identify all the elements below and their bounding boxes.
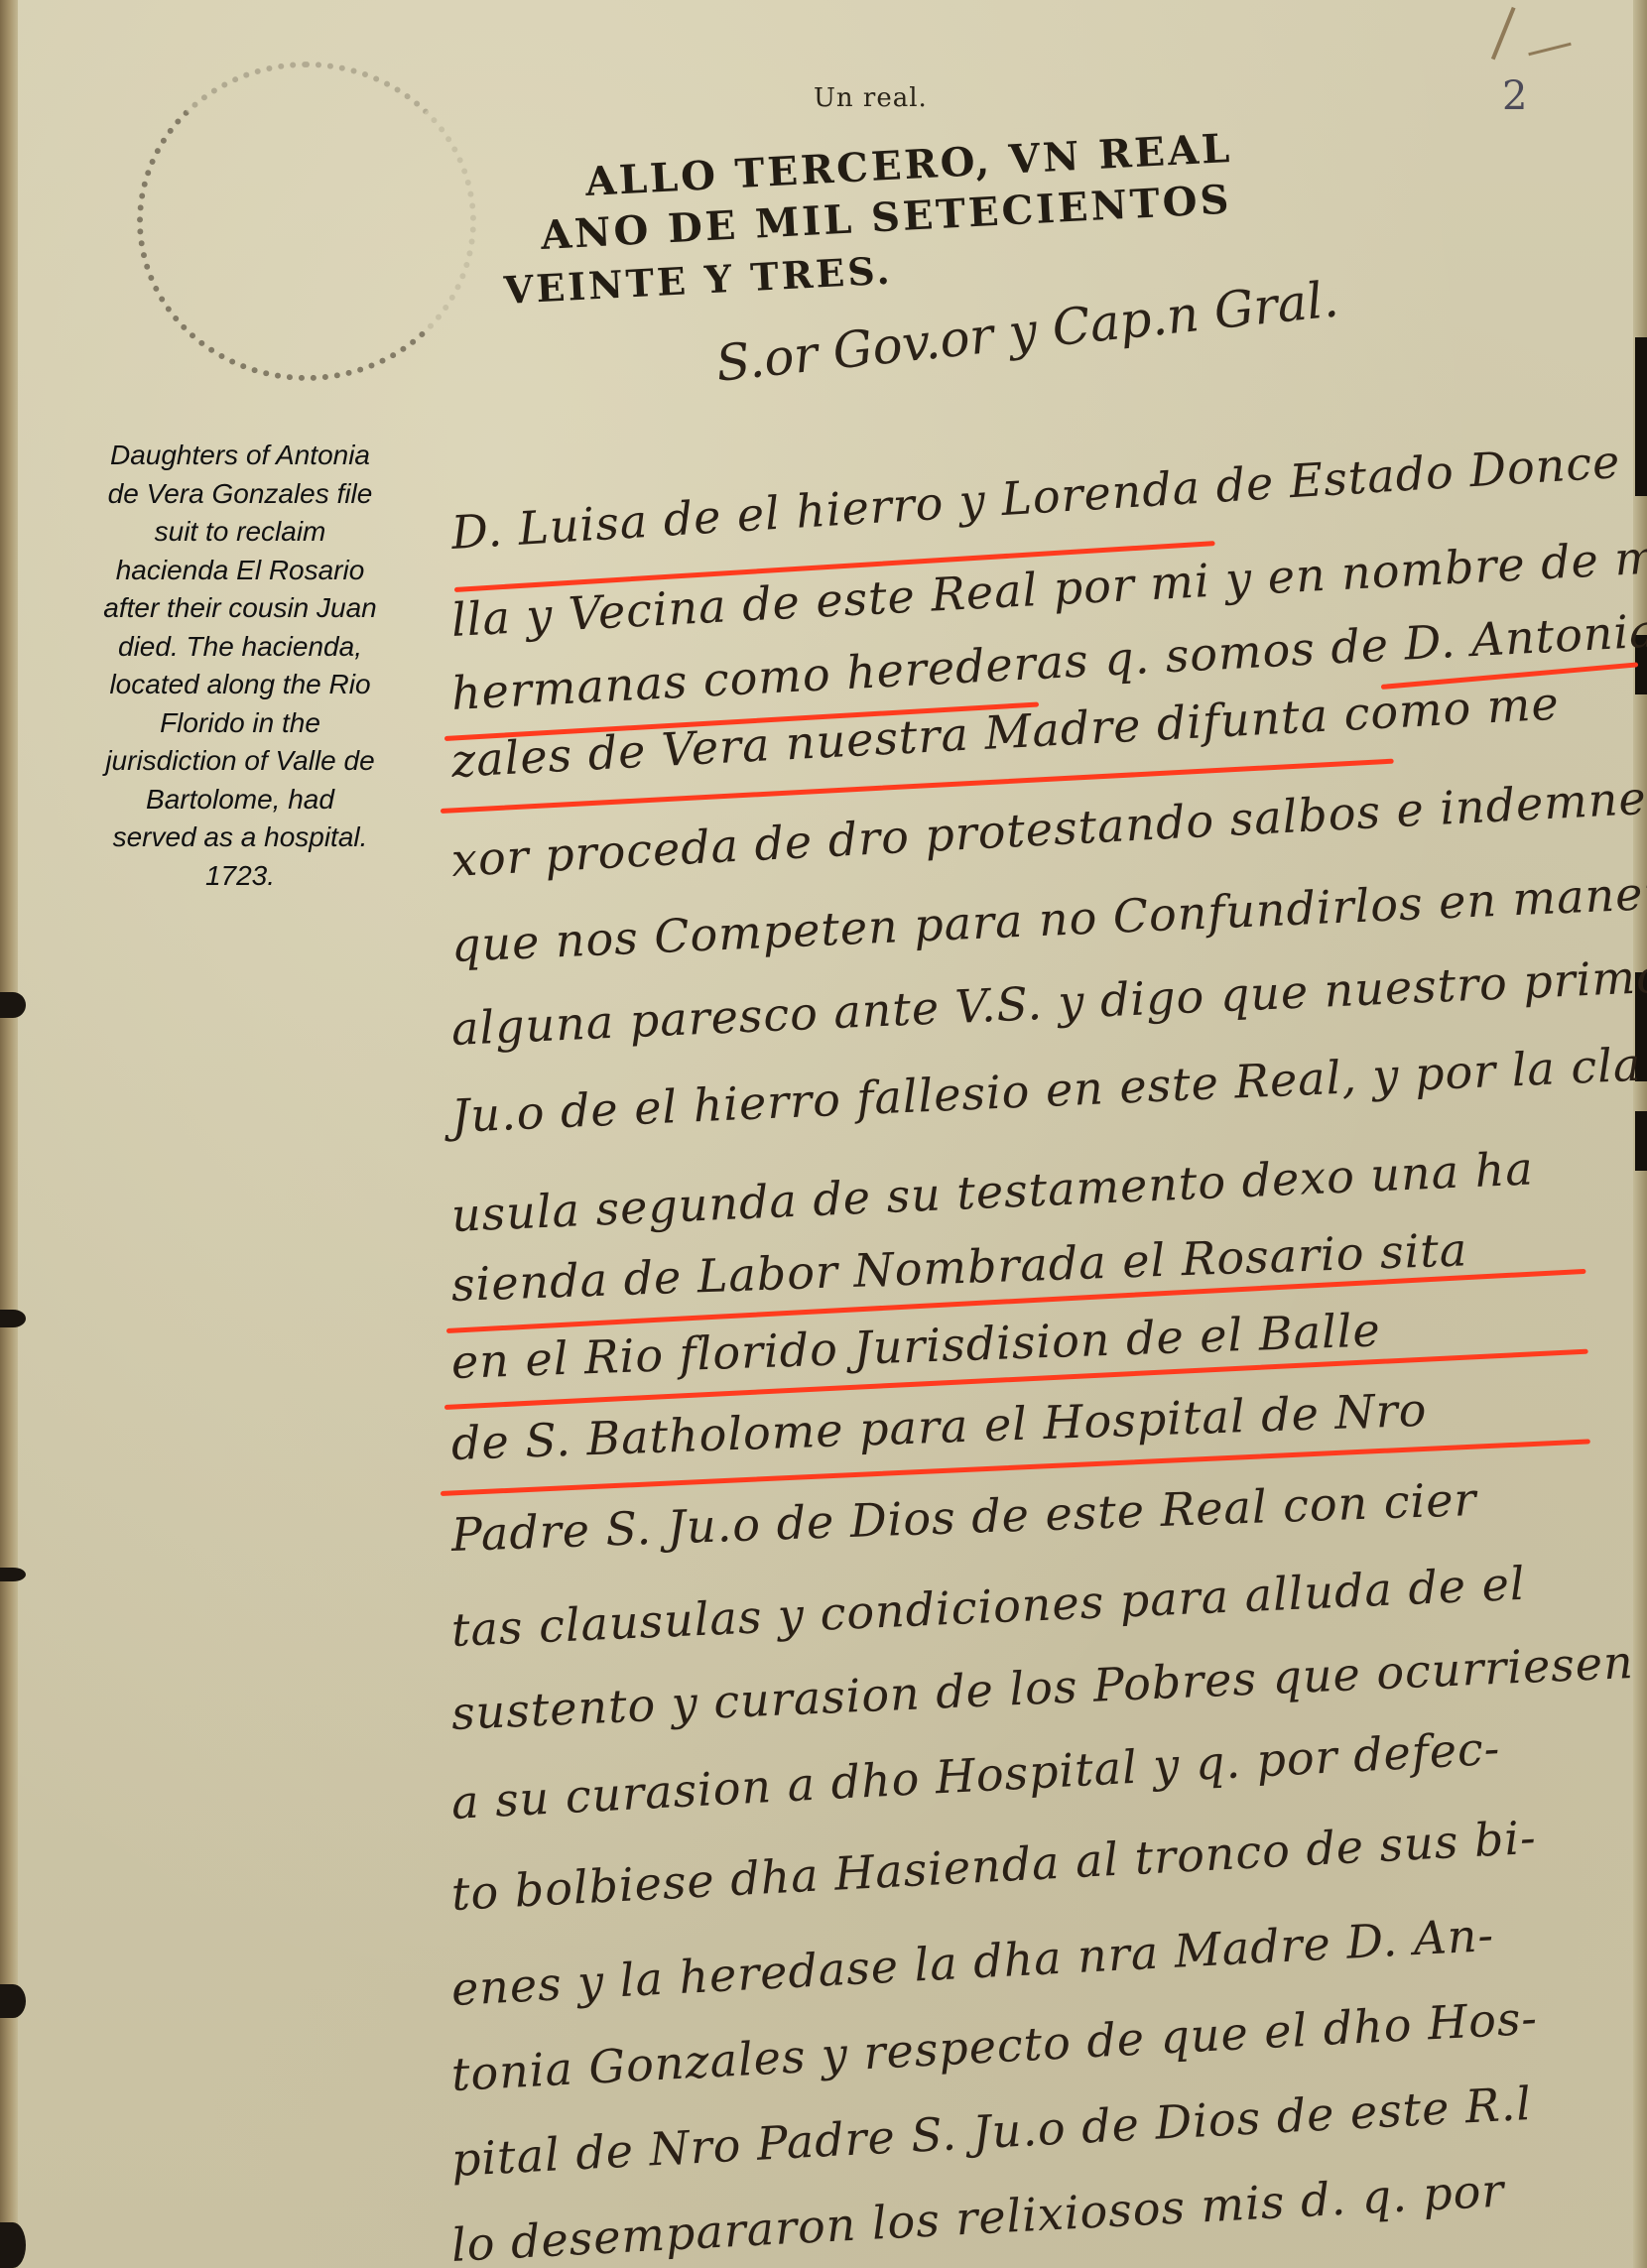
page-tear [0,2222,26,2268]
stamp-value: Un real. [814,83,928,113]
handwritten-line: Ju.o de el hierro fallesio en este Real,… [450,1038,1632,1143]
page-tear [0,1568,26,1581]
handwritten-line: to bolbiese dha Hasienda al tronco de su… [450,1806,1632,1921]
handwritten-line: de S. Batholome para el Hospital de Nro [450,1375,1632,1469]
caption-line: 1723. [71,857,409,896]
caption-line: jurisdiction of Valle de [71,742,409,781]
binding-edge [0,0,18,2268]
handwritten-line: alguna paresco ante V.S. y digo que nues… [450,950,1632,1056]
page-tear [0,992,26,1018]
manuscript-page: Un real. ALLO TERCERO, VN REAL ANO DE MI… [0,0,1647,2268]
caption-line: died. The hacienda, [71,628,409,667]
caption-line: served as a hospital. [71,819,409,857]
embossed-seal [137,62,476,381]
page-damage [1635,337,1647,496]
caption-annotation: Daughters of Antonia de Vera Gonzales fi… [71,437,409,895]
page-tear [0,1310,26,1327]
caption-line: hacienda El Rosario [71,552,409,590]
folio-mark [1491,7,1547,72]
caption-line: after their cousin Juan [71,589,409,628]
caption-line: de Vera Gonzales file [71,475,409,514]
caption-line: Bartolome, had [71,781,409,819]
caption-line: Daughters of Antonia [71,437,409,475]
handwritten-line: tas clausulas y condiciones para alluda … [450,1552,1632,1657]
caption-line: located along the Rio [71,666,409,704]
caption-line: Florido in the [71,704,409,743]
caption-line: suit to reclaim [71,513,409,552]
page-damage [1635,1111,1647,1171]
page-tear [0,1984,26,2018]
folio-number: 2 [1502,73,1527,119]
handwritten-line: que nos Competen para no Confundirlos en… [450,867,1632,972]
handwritten-line: xor proceda de dro protestando salbos e … [450,772,1632,887]
handwritten-line: Padre S. Ju.o de Dios de este Real con c… [450,1466,1632,1561]
